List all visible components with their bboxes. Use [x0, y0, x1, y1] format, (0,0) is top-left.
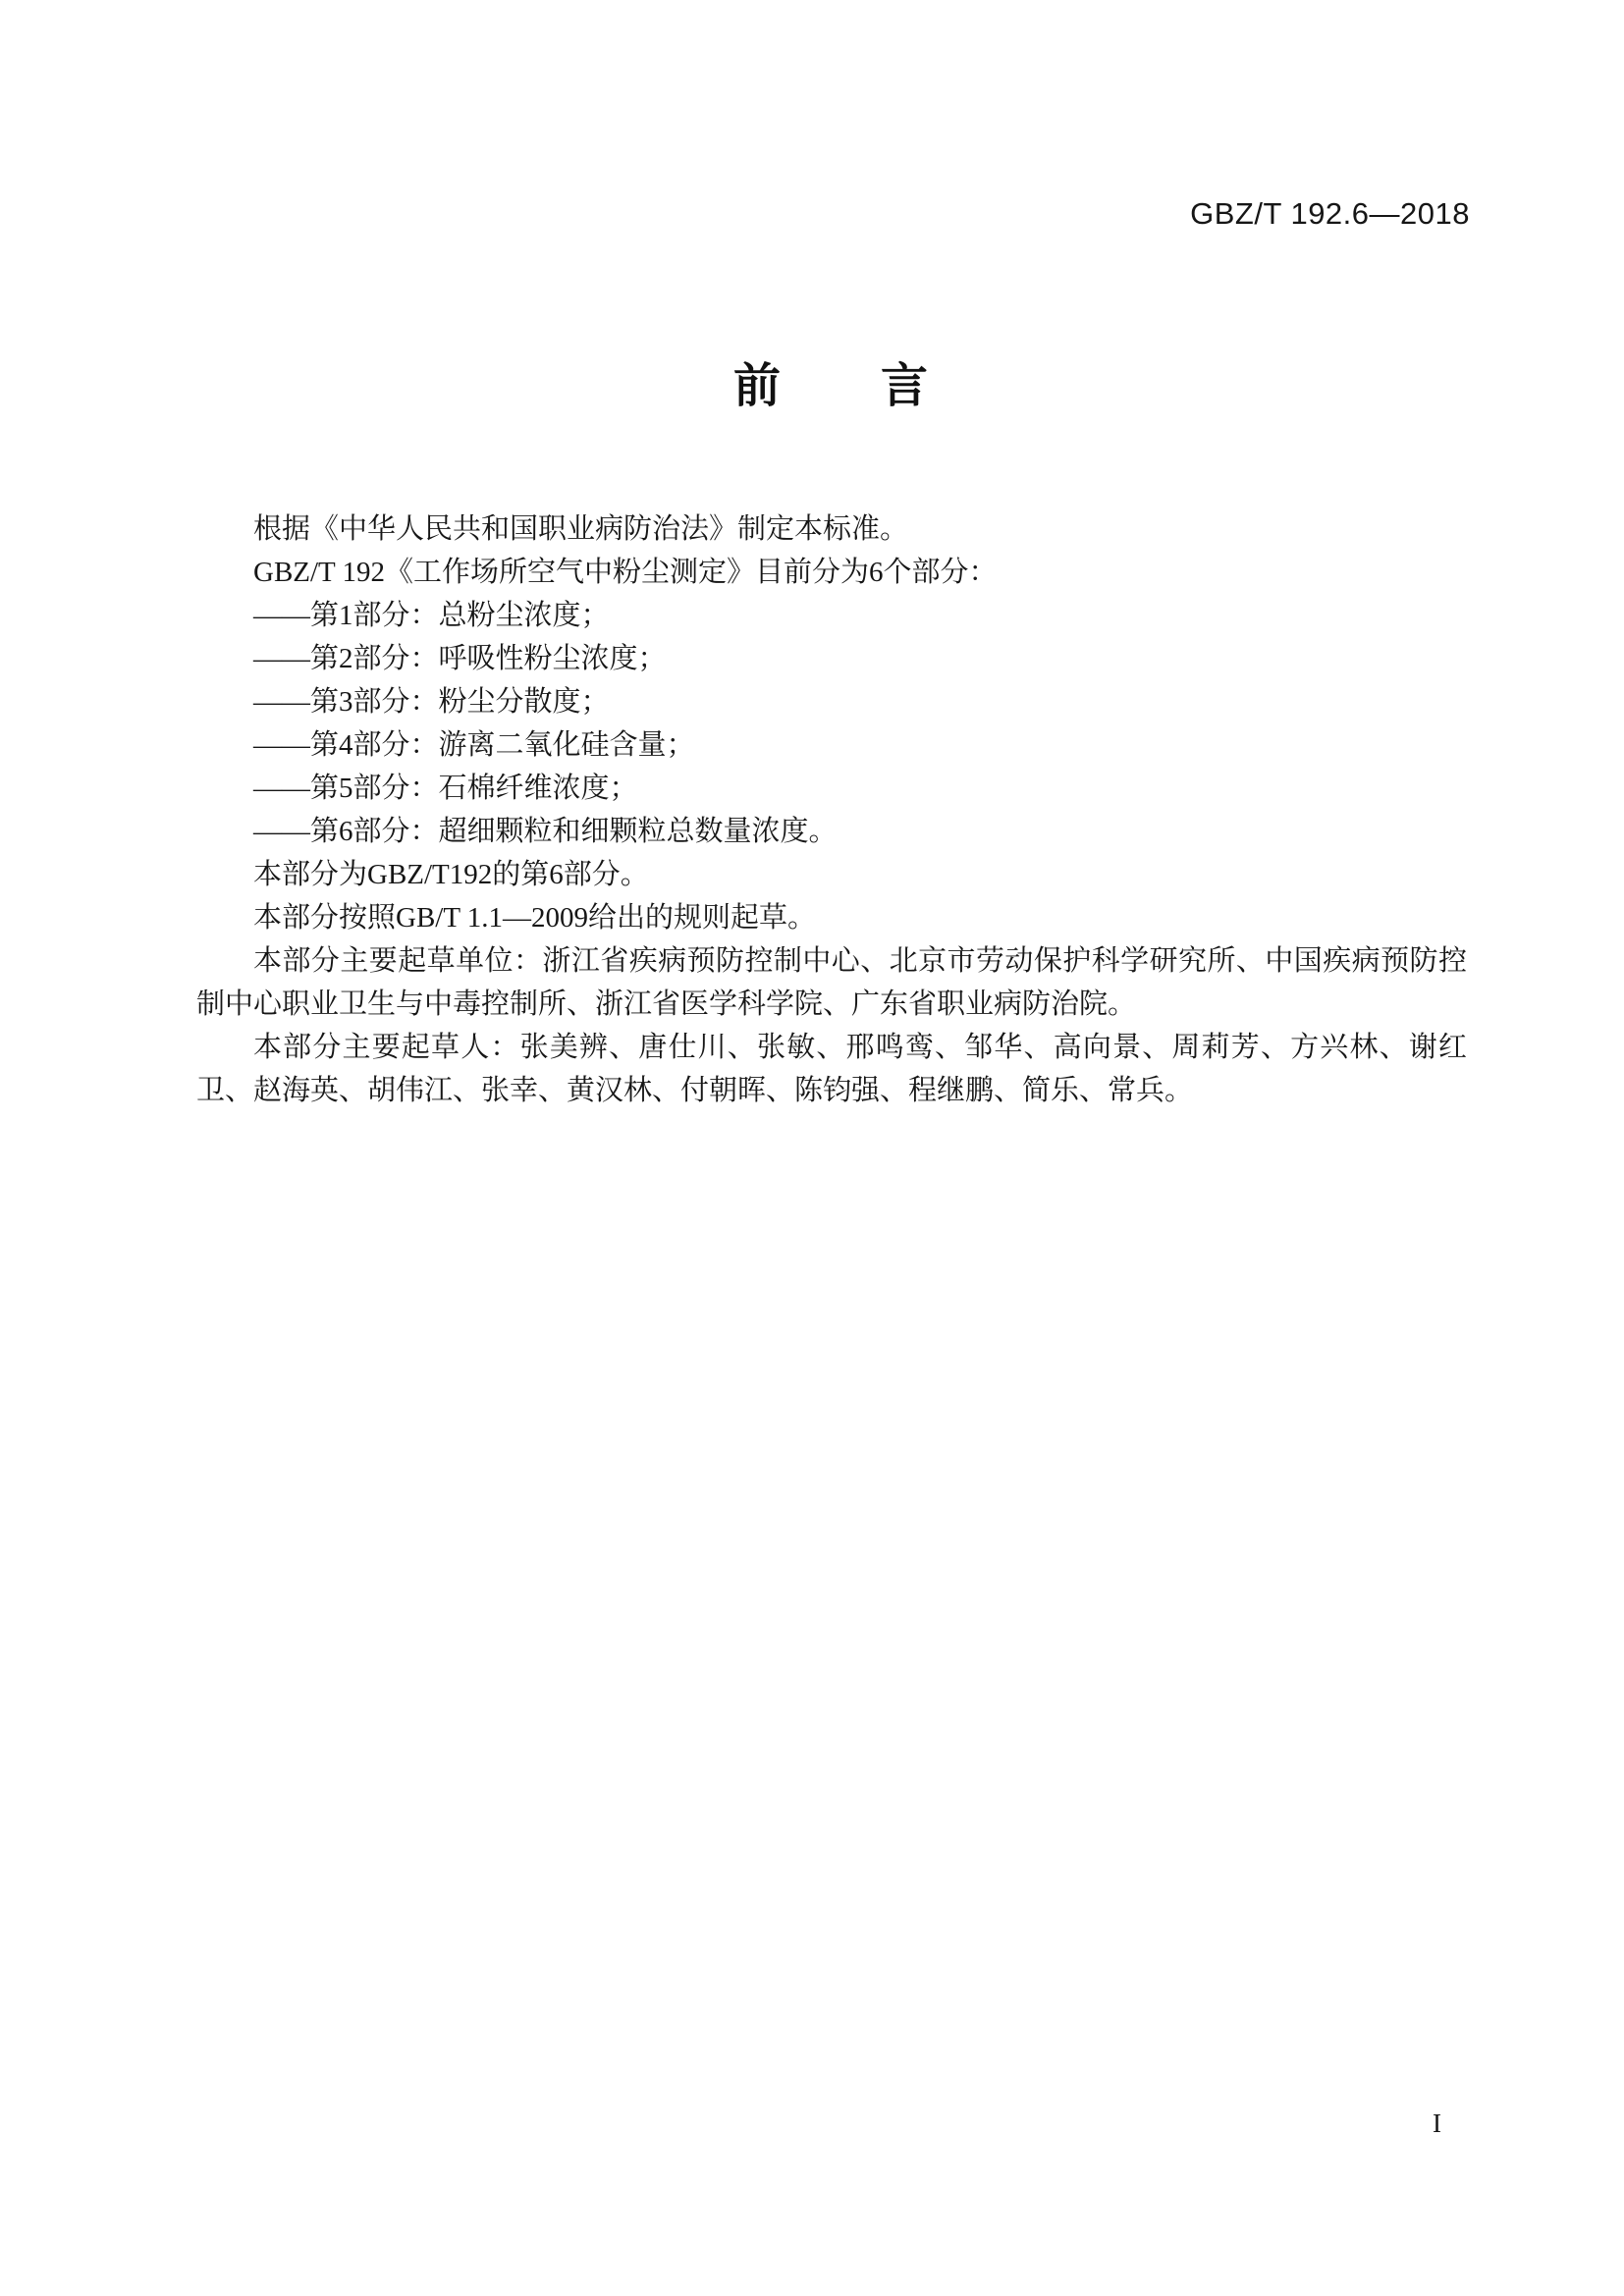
foreword-paragraph: ——第4部分：游离二氧化硅含量；: [196, 723, 1467, 767]
foreword-paragraph: 本部分按照GB/T 1.1—2009给出的规则起草。: [196, 896, 1467, 939]
foreword-title: 前 言: [196, 359, 1467, 414]
standard-code: GBZ/T 192.6—2018: [1190, 196, 1470, 232]
foreword-paragraph: ——第3部分：粉尘分散度；: [196, 680, 1467, 723]
foreword-paragraph: ——第6部分：超细颗粒和细颗粒总数量浓度。: [196, 810, 1467, 853]
document-page: GBZ/T 192.6—2018 前 言 根据《中华人民共和国职业病防治法》制定…: [0, 0, 1624, 2296]
foreword-paragraph: 本部分主要起草单位：浙江省疾病预防控制中心、北京市劳动保护科学研究所、中国疾病预…: [196, 939, 1467, 1026]
foreword-paragraph: ——第2部分：呼吸性粉尘浓度；: [196, 637, 1467, 680]
foreword-paragraph: ——第5部分：石棉纤维浓度；: [196, 767, 1467, 810]
page-number: I: [1433, 2109, 1441, 2139]
foreword-paragraph: ——第1部分：总粉尘浓度；: [196, 594, 1467, 637]
foreword-body: 根据《中华人民共和国职业病防治法》制定本标准。GBZ/T 192《工作场所空气中…: [196, 507, 1467, 1112]
foreword-paragraph: 本部分主要起草人：张美辨、唐仕川、张敏、邢鸣鸾、邹华、高向景、周莉芳、方兴林、谢…: [196, 1026, 1467, 1112]
foreword-paragraph: GBZ/T 192《工作场所空气中粉尘测定》目前分为6个部分：: [196, 551, 1467, 594]
foreword-paragraph: 本部分为GBZ/T192的第6部分。: [196, 853, 1467, 896]
foreword-paragraph: 根据《中华人民共和国职业病防治法》制定本标准。: [196, 507, 1467, 551]
